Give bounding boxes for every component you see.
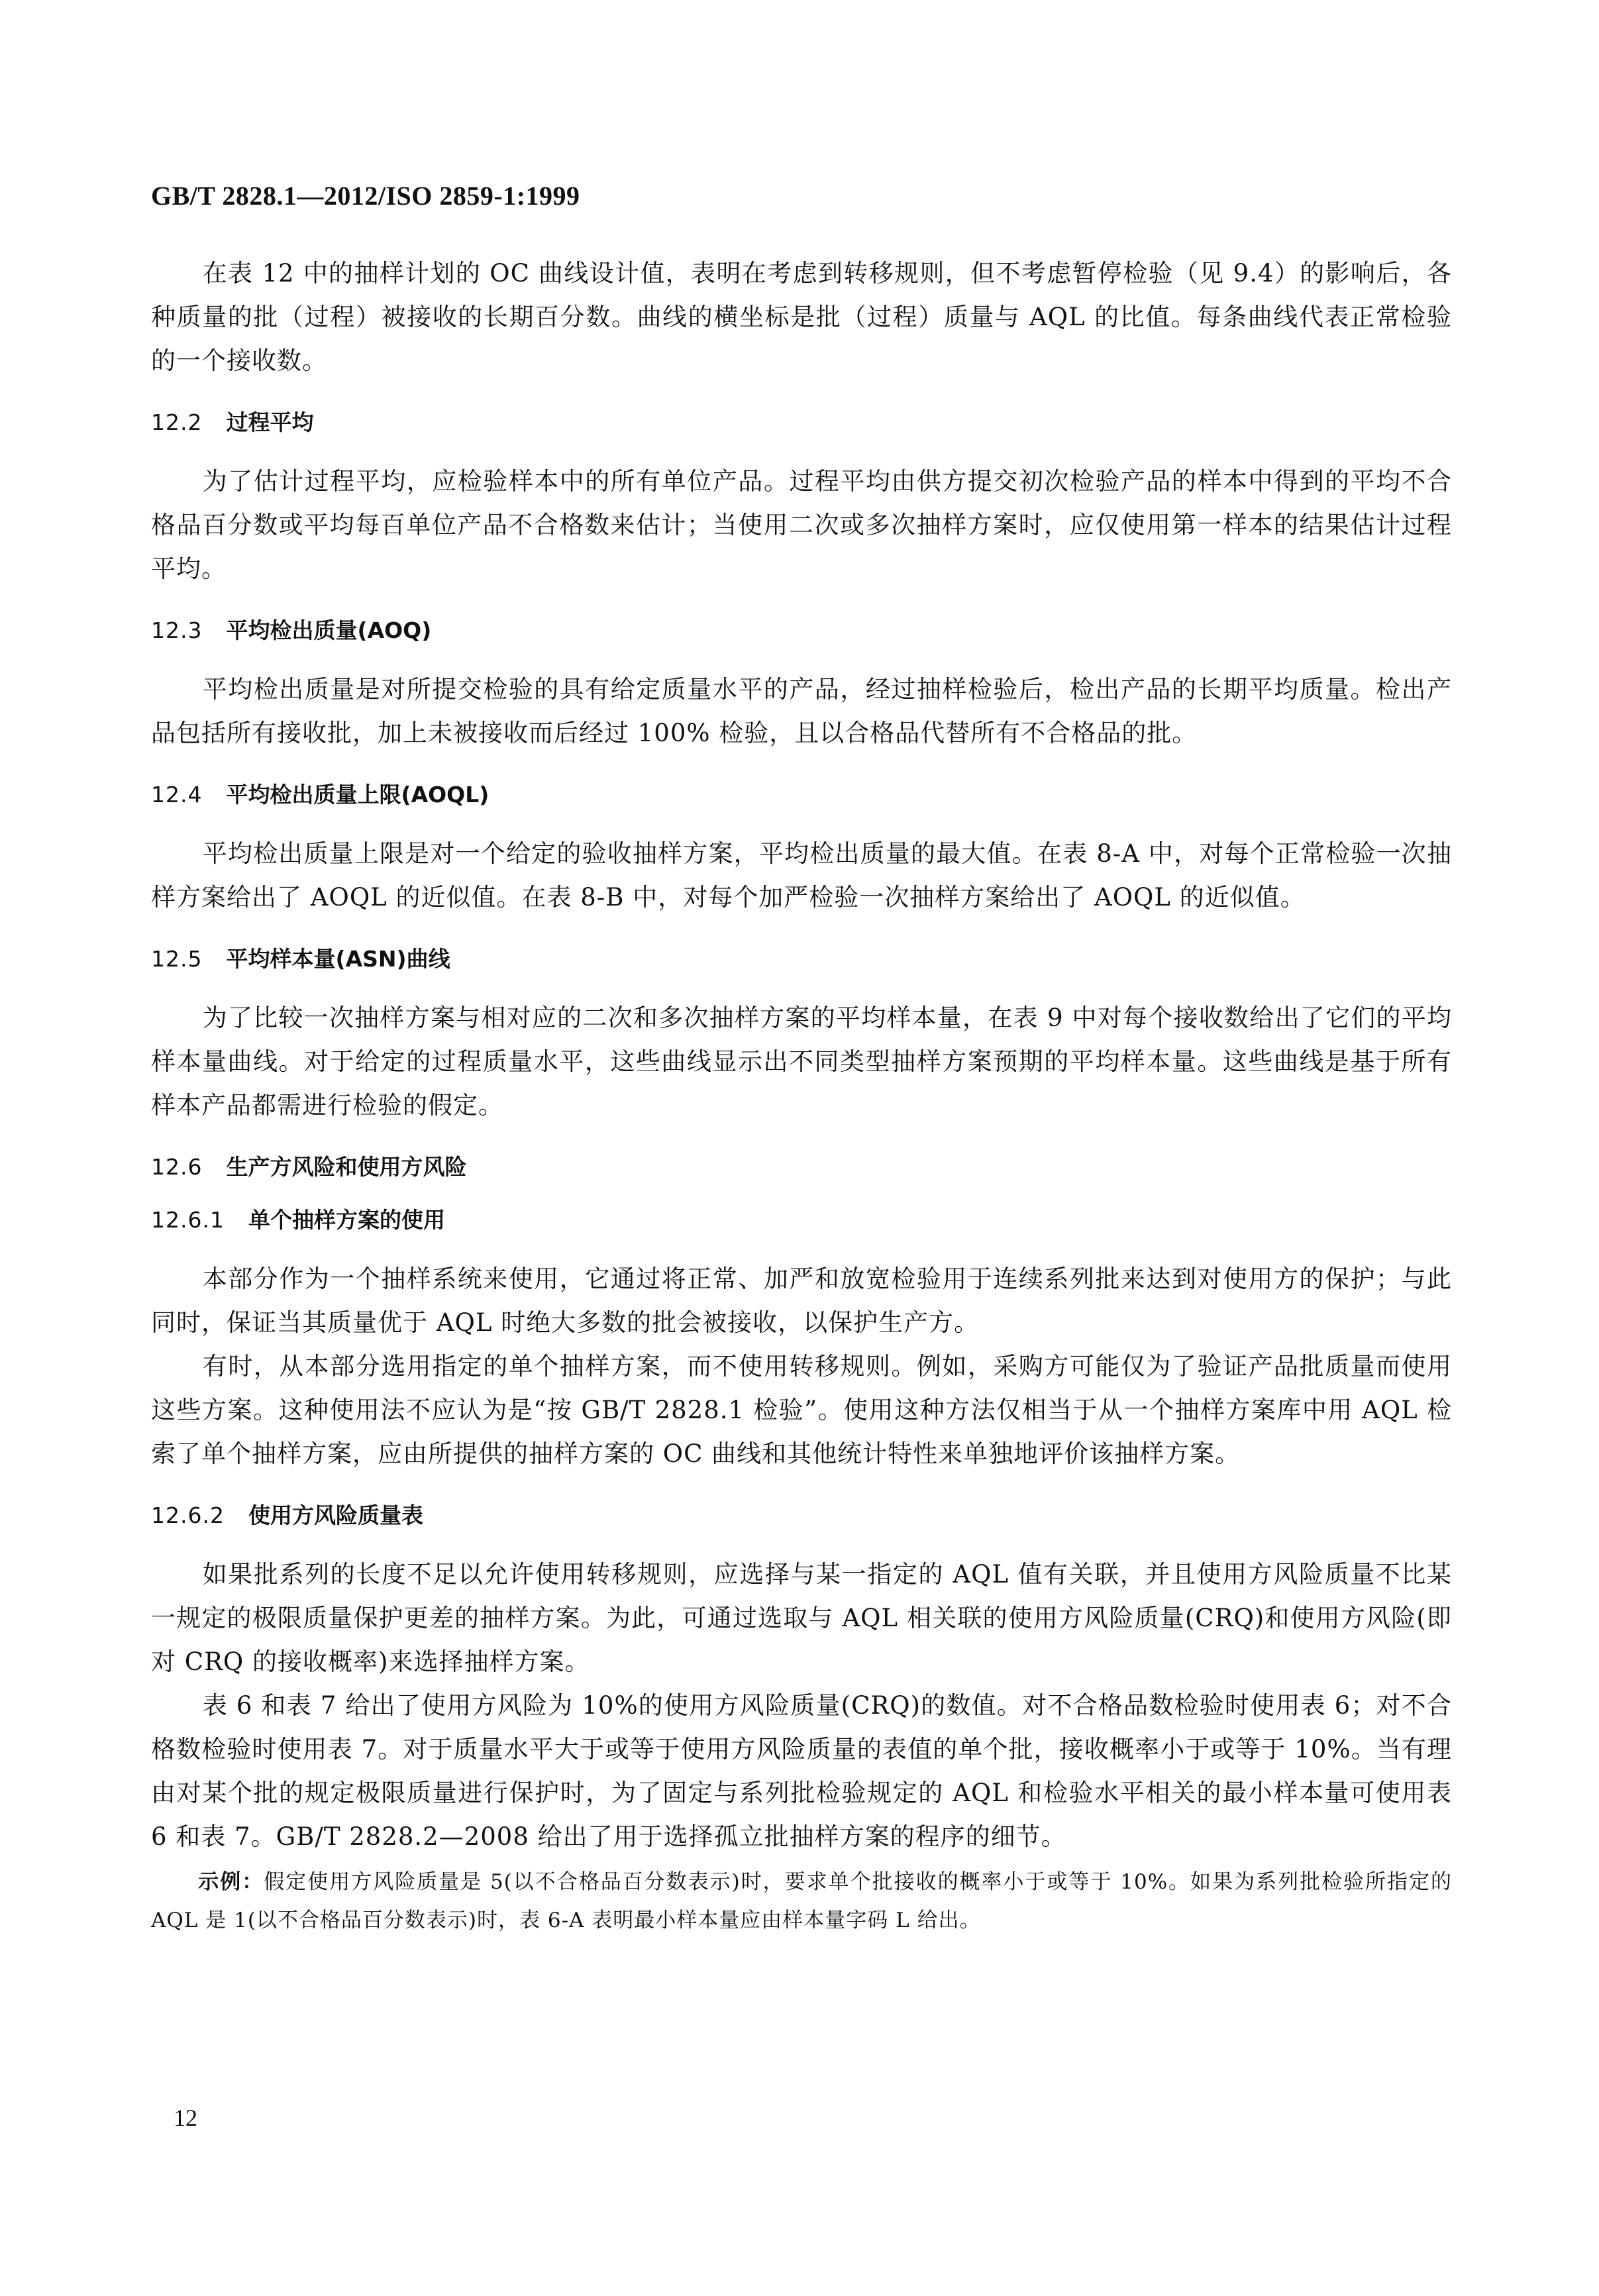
section-paragraph: 为了比较一次抽样方案与相对应的二次和多次抽样方案的平均样本量，在表 9 中对每个… <box>151 996 1452 1127</box>
section-paragraph: 有时，从本部分选用指定的单个抽样方案，而不使用转移规则。例如，采购方可能仅为了验… <box>151 1345 1452 1476</box>
section-heading: 12.3平均检出质量(AOQ) <box>151 617 1452 644</box>
section-paragraph: 表 6 和表 7 给出了使用方风险为 10%的使用方风险质量(CRQ)的数值。对… <box>151 1684 1452 1859</box>
section-title: 平均样本量(ASN)曲线 <box>226 946 450 972</box>
example-label: 示例： <box>198 1870 264 1894</box>
section-title: 生产方风险和使用方风险 <box>226 1154 466 1180</box>
section-12-2: 12.2过程平均 为了估计过程平均，应检验样本中的所有单位产品。过程平均由供方提… <box>151 409 1452 591</box>
section-title: 使用方风险质量表 <box>248 1502 423 1528</box>
section-title: 平均检出质量上限(AOQL) <box>226 782 489 808</box>
section-number: 12.5 <box>151 946 202 972</box>
intro-paragraph: 在表 12 中的抽样计划的 OC 曲线设计值，表明在考虑到转移规则，但不考虑暂停… <box>151 252 1452 383</box>
section-heading: 12.6.1单个抽样方案的使用 <box>151 1207 1452 1233</box>
section-title: 单个抽样方案的使用 <box>248 1207 445 1233</box>
section-heading: 12.6.2使用方风险质量表 <box>151 1502 1452 1529</box>
example-text: 假定使用方风险质量是 5(以不合格品百分数表示)时，要求单个批接收的概率小于或等… <box>151 1870 1452 1932</box>
standard-header: GB/T 2828.1—2012/ISO 2859-1:1999 <box>151 180 580 211</box>
section-heading: 12.2过程平均 <box>151 409 1452 436</box>
section-number: 12.4 <box>151 782 202 808</box>
section-paragraph: 为了估计过程平均，应检验样本中的所有单位产品。过程平均由供方提交初次检验产品的样… <box>151 460 1452 591</box>
section-paragraph: 如果批系列的长度不足以允许使用转移规则，应选择与某一指定的 AQL 值有关联，并… <box>151 1553 1452 1684</box>
section-heading: 12.5平均样本量(ASN)曲线 <box>151 946 1452 972</box>
example-note: 示例：假定使用方风险质量是 5(以不合格品百分数表示)时，要求单个批接收的概率小… <box>151 1863 1452 1940</box>
document-body: 在表 12 中的抽样计划的 OC 曲线设计值，表明在考虑到转移规则，但不考虑暂停… <box>151 252 1452 1946</box>
section-12-6-1: 12.6.1单个抽样方案的使用 本部分作为一个抽样系统来使用，它通过将正常、加严… <box>151 1207 1452 1476</box>
section-heading: 12.6生产方风险和使用方风险 <box>151 1154 1452 1180</box>
section-title: 平均检出质量(AOQ) <box>226 617 431 643</box>
section-number: 12.3 <box>151 617 202 644</box>
section-paragraph: 平均检出质量是对所提交检验的具有给定质量水平的产品，经过抽样检验后，检出产品的长… <box>151 668 1452 755</box>
section-12-5: 12.5平均样本量(ASN)曲线 为了比较一次抽样方案与相对应的二次和多次抽样方… <box>151 946 1452 1127</box>
section-12-4: 12.4平均检出质量上限(AOQL) 平均检出质量上限是对一个给定的验收抽样方案… <box>151 782 1452 919</box>
section-number: 12.6.2 <box>151 1502 225 1529</box>
section-12-6: 12.6生产方风险和使用方风险 <box>151 1154 1452 1180</box>
section-paragraph: 平均检出质量上限是对一个给定的验收抽样方案，平均检出质量的最大值。在表 8-A … <box>151 832 1452 919</box>
page-number: 12 <box>174 2104 197 2132</box>
section-number: 12.2 <box>151 409 202 436</box>
section-number: 12.6.1 <box>151 1207 225 1233</box>
section-12-6-2: 12.6.2使用方风险质量表 如果批系列的长度不足以允许使用转移规则，应选择与某… <box>151 1502 1452 1940</box>
section-title: 过程平均 <box>226 409 313 435</box>
section-12-3: 12.3平均检出质量(AOQ) 平均检出质量是对所提交检验的具有给定质量水平的产… <box>151 617 1452 755</box>
section-heading: 12.4平均检出质量上限(AOQL) <box>151 782 1452 808</box>
section-number: 12.6 <box>151 1154 202 1180</box>
section-paragraph: 本部分作为一个抽样系统来使用，它通过将正常、加严和放宽检验用于连续系列批来达到对… <box>151 1257 1452 1345</box>
